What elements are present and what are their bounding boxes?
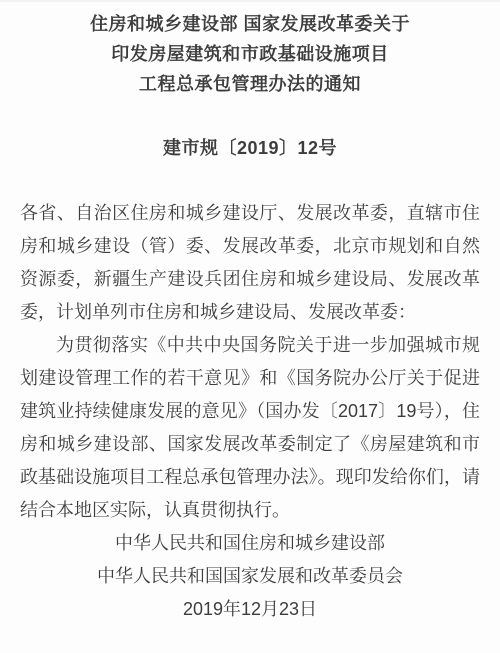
top-edge-band [0, 0, 500, 2]
signature-block: 中华人民共和国住房和城乡建设部 中华人民共和国国家发展和改革委员会 2019年1… [0, 527, 500, 626]
document-body: 各省、自治区住房和城乡建设厅、发展改革委，直辖市住房和城乡建设（管）委、发展改革… [0, 197, 500, 527]
signature-ministry: 中华人民共和国住房和城乡建设部 [20, 527, 480, 560]
document-page: 住房和城乡建设部 国家发展改革委关于 印发房屋建筑和市政基础设施项目 工程总承包… [0, 0, 500, 653]
title-line-1: 住房和城乡建设部 国家发展改革委关于 [0, 9, 500, 39]
title-line-2: 印发房屋建筑和市政基础设施项目 [0, 39, 500, 69]
document-date: 2019年12月23日 [20, 593, 480, 626]
title-line-3: 工程总承包管理办法的通知 [0, 69, 500, 99]
recipients-paragraph: 各省、自治区住房和城乡建设厅、发展改革委，直辖市住房和城乡建设（管）委、发展改革… [20, 197, 480, 329]
document-number: 建市规〔2019〕12号 [0, 133, 500, 163]
document-title: 住房和城乡建设部 国家发展改革委关于 印发房屋建筑和市政基础设施项目 工程总承包… [0, 0, 500, 99]
main-paragraph: 为贯彻落实《中共中央国务院关于进一步加强城市规划建设管理工作的若干意见》和《国务… [20, 329, 480, 527]
signature-commission: 中华人民共和国国家发展和改革委员会 [20, 560, 480, 593]
